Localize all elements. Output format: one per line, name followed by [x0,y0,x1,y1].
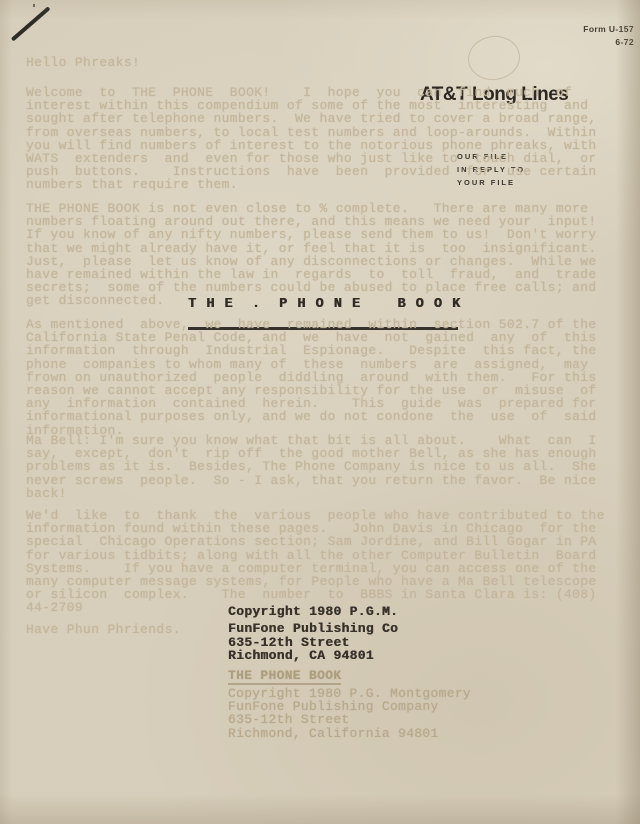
page-title: T H E . P H O N E B O O K [188,297,461,312]
paragraph-5: We'd like to thank the various people wh… [26,509,605,615]
copyright-notice: Copyright 1980 P.G.M. [228,605,398,619]
paragraph-2: THE PHONE BOOK is not even close to % co… [26,202,597,308]
faded-copyright-block: Copyright 1980 P.G. Montgomery FunFone P… [228,687,471,740]
form-number-line1: Form U-157 [583,23,634,36]
form-number: Form U-157 6-72 [583,23,634,49]
form-number-line2: 6-72 [583,36,634,49]
paragraph-3: As mentioned above, we have remained wit… [26,318,597,437]
scanned-document-page: Form U-157 6-72 AT&T Long Lines OUR FILE… [0,0,640,824]
faded-phone-book-title: THE PHONE BOOK [228,668,341,685]
closing-line: Have Phun Phriends. [26,623,181,636]
watermark-ring [465,33,523,84]
publisher-address-block: FunFone Publishing Co 635-12th Street Ri… [228,622,398,663]
paragraph-1: Welcome to THE PHONE BOOK! I hope you ca… [26,86,597,192]
pen-slash-mark [11,6,50,41]
paragraph-4: Ma Bell: I'm sure you know what that bit… [26,434,597,500]
ink-speck [33,4,35,7]
greeting-line: Hello Phreaks! [26,56,140,69]
